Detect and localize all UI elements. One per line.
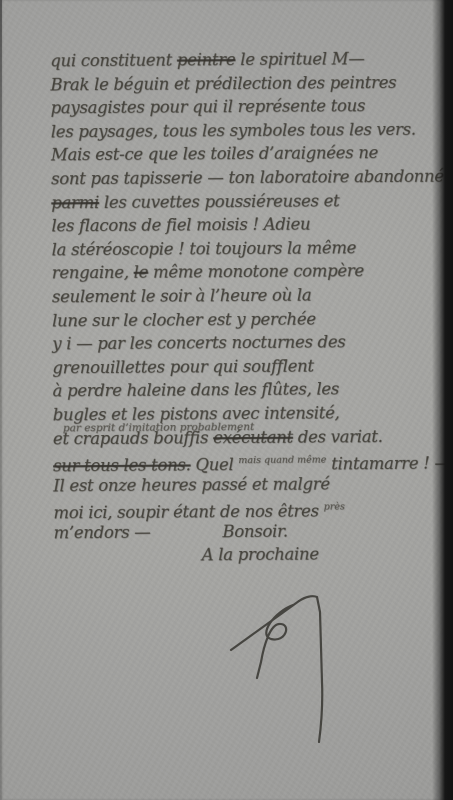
handwriting-segment: grenouillettes pour qui soufflent — [52, 356, 313, 377]
handwriting-line: et crapauds bouffis exécutant des variat… — [53, 424, 435, 450]
handwriting-line: la stéréoscopie ! toi toujours la même — [52, 235, 434, 261]
handwriting-segment: des variat. — [293, 427, 383, 447]
handwriting-segment: et crapauds bouffis — [53, 428, 213, 448]
handwriting-line: seulement le soir à l’heure où la — [52, 283, 434, 309]
handwriting-segment: près — [324, 502, 345, 513]
scanned-letter-page: qui constituent peintre le spirituel M—B… — [0, 0, 453, 800]
handwriting-line: à perdre haleine dans les flûtes, les — [52, 377, 434, 403]
handwriting-segment: rengaine, — [52, 263, 134, 283]
handwriting-text-block: qui constituent peintre le spirituel M—B… — [50, 47, 436, 569]
handwriting-segment: Brak le béguin et prédilection des peint… — [50, 73, 396, 94]
handwriting-line: m’endors —Bonsoir. — [53, 519, 435, 545]
handwriting-segment: parmi — [51, 193, 99, 212]
handwriting-line: les paysages, tous les symboles tous les… — [51, 117, 433, 143]
handwriting-segment: Bonsoir. — [222, 522, 287, 541]
right-scan-edge-band — [432, 0, 453, 800]
handwriting-segment: même monotone compère — [148, 261, 364, 282]
handwriting-line: A la prochaine — [54, 542, 436, 568]
handwriting-segment: la stéréoscopie ! toi toujours la même — [52, 238, 357, 259]
handwriting-segment: paysagistes pour qui il représente tous — [51, 96, 366, 117]
left-scan-edge — [0, 0, 2, 800]
handwriting-line: paysagistes pour qui il représente tous — [51, 94, 433, 120]
handwriting-segment: m’endors — — [54, 523, 151, 543]
handwriting-line: lune sur le clocher est y perchée — [52, 306, 434, 332]
handwriting-line: sont pas tapisserie — ton laboratoire ab… — [51, 165, 433, 191]
handwriting-line: Mais est-ce que les toiles d’araignées n… — [51, 141, 433, 167]
handwriting-segment: le spirituel M— — [235, 49, 364, 69]
handwriting-segment: qui constituent — [50, 50, 177, 70]
handwriting-segment: sur tous les tons. — [53, 455, 191, 475]
handwriting-segment: A la prochaine — [202, 545, 319, 565]
handwriting-line: les flacons de fiel moisis ! Adieu — [51, 212, 433, 238]
signature-monogram — [208, 586, 344, 750]
handwriting-segment: exécutant — [213, 427, 293, 447]
handwriting-segment: y i — par les concerts nocturnes des — [52, 332, 345, 353]
handwriting-segment: mais quand même — [238, 455, 326, 467]
handwriting-line: y i — par les concerts nocturnes des — [52, 330, 434, 356]
handwriting-segment: lune sur le clocher est y perchée — [52, 309, 316, 330]
handwriting-segment: le — [134, 263, 149, 282]
handwriting-segment: seulement le soir à l’heure où la — [52, 285, 312, 306]
handwriting-segment: les paysages, tous les symboles tous les… — [51, 120, 416, 142]
handwriting-segment: Il est onze heures passé et malgré — [53, 474, 330, 495]
handwriting-line: parmi les cuvettes poussiéreuses et — [51, 188, 433, 214]
handwriting-line: Il est onze heures passé et malgré — [53, 471, 435, 497]
signature-monogram-icon — [208, 586, 344, 750]
handwriting-line: Brak le béguin et prédilection des peint… — [50, 70, 432, 96]
handwriting-segment: les flacons de fiel moisis ! Adieu — [51, 215, 310, 236]
handwriting-segment: sont pas tapisserie — ton laboratoire ab… — [51, 167, 444, 189]
handwriting-line: qui constituent peintre le spirituel M— — [50, 47, 432, 73]
handwriting-line: sur tous les tons. Quel mais quand même … — [53, 448, 435, 474]
handwriting-segment: Mais est-ce que les toiles d’araignées n… — [51, 143, 378, 164]
handwriting-line: grenouillettes pour qui soufflent — [52, 353, 434, 379]
handwriting-line: moi ici, soupir étant de nos êtres près — [53, 495, 435, 521]
handwriting-segment: Quel — [190, 455, 238, 474]
handwriting-segment: à perdre haleine dans les flûtes, les — [53, 380, 340, 401]
handwriting-segment: peintre — [177, 50, 236, 69]
handwriting-segment: les cuvettes poussiéreuses et — [99, 191, 340, 212]
handwriting-line: rengaine, le même monotone compère — [52, 259, 434, 285]
